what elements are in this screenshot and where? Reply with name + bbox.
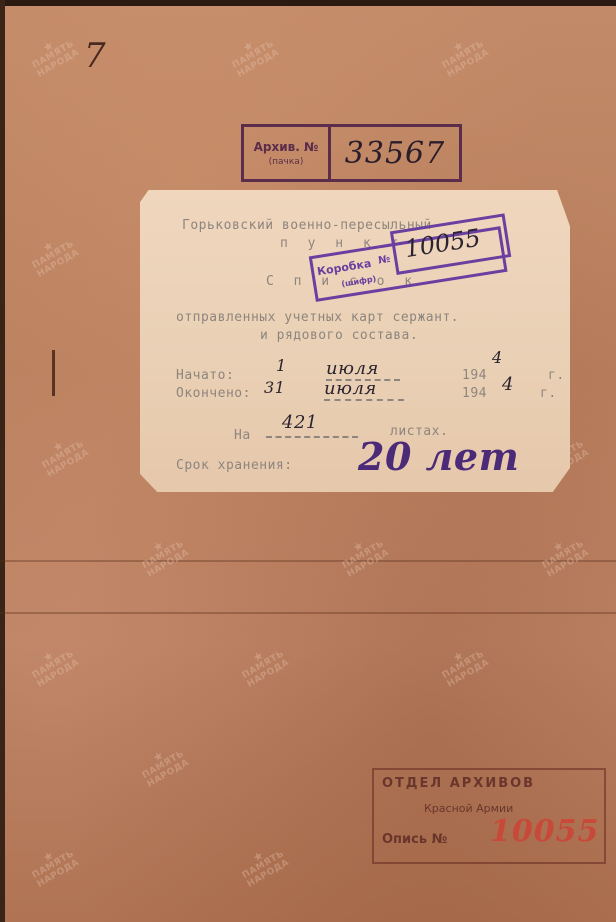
watermark: ★ПАМЯТЬНАРОДА [336, 530, 391, 579]
end-day: 31 [264, 378, 285, 397]
end-month: июля [324, 378, 404, 401]
fold-line [0, 612, 616, 614]
scan-edge-left [0, 0, 5, 922]
watermark: ★ПАМЯТЬНАРОДА [136, 530, 191, 579]
start-date-label: Начато: [176, 368, 234, 383]
document-cover: ★ПАМЯТЬНАРОДА ★ПАМЯТЬНАРОДА ★ПАМЯТЬНАРОД… [0, 0, 616, 922]
box-stamp-number-sign: № [377, 254, 391, 267]
scan-edge-top [0, 0, 616, 6]
end-year-prefix: 194 [462, 386, 487, 401]
doc-description: отправленных учетных карт сержант. [176, 310, 459, 325]
doc-description-cont: и рядового состава. [260, 328, 418, 343]
opis-label: Опись № [382, 832, 447, 847]
file-stamp-label-cell: Архив. № (пачка) [244, 127, 331, 179]
end-year-digit: 4 [502, 374, 514, 395]
archive-department-stamp: ОТДЕЛ АРХИВОВ Красной Армии Опись № 1005… [372, 768, 606, 864]
file-number-stamp: Архив. № (пачка) 33567 [241, 124, 462, 182]
start-year-digit: 4 [492, 348, 503, 367]
file-number: 33567 [331, 127, 459, 179]
watermark: ★ПАМЯТЬНАРОДА [36, 430, 91, 479]
watermark: ★ПАМЯТЬНАРОДА [26, 640, 81, 689]
watermark: ★ПАМЯТЬНАРОДА [136, 740, 191, 789]
storage-label: Срок хранения: [176, 458, 293, 473]
pencil-tick [52, 350, 55, 396]
sheets-prefix: На [234, 428, 251, 443]
watermark: ★ПАМЯТЬНАРОДА [26, 30, 81, 79]
watermark: ★ПАМЯТЬНАРОДА [236, 840, 291, 889]
watermark: ★ПАМЯТЬНАРОДА [26, 840, 81, 889]
watermark: ★ПАМЯТЬНАРОДА [236, 640, 291, 689]
handwritten-corner-mark: 7 [84, 36, 106, 76]
storage-value: 20 лет [358, 434, 519, 479]
file-stamp-label: Архив. № [254, 140, 319, 154]
watermark: ★ПАМЯТЬНАРОДА [436, 30, 491, 79]
watermark: ★ПАМЯТЬНАРОДА [436, 640, 491, 689]
end-suffix: г. [540, 386, 557, 401]
sheets-count: 421 [282, 412, 318, 433]
watermark: ★ПАМЯТЬНАРОДА [226, 30, 281, 79]
start-suffix: г. [548, 368, 565, 383]
end-date-label: Окончено: [176, 386, 251, 401]
fold-line [0, 560, 616, 562]
watermark: ★ПАМЯТЬНАРОДА [26, 230, 81, 279]
start-day: 1 [276, 356, 287, 375]
start-year-prefix: 194 [462, 368, 487, 383]
opis-number: 10055 [490, 814, 599, 849]
watermark: ★ПАМЯТЬНАРОДА [536, 530, 591, 579]
file-stamp-sublabel: (пачка) [269, 157, 304, 167]
sheets-underline [266, 436, 358, 438]
archive-stamp-title: ОТДЕЛ АРХИВОВ [382, 776, 535, 791]
